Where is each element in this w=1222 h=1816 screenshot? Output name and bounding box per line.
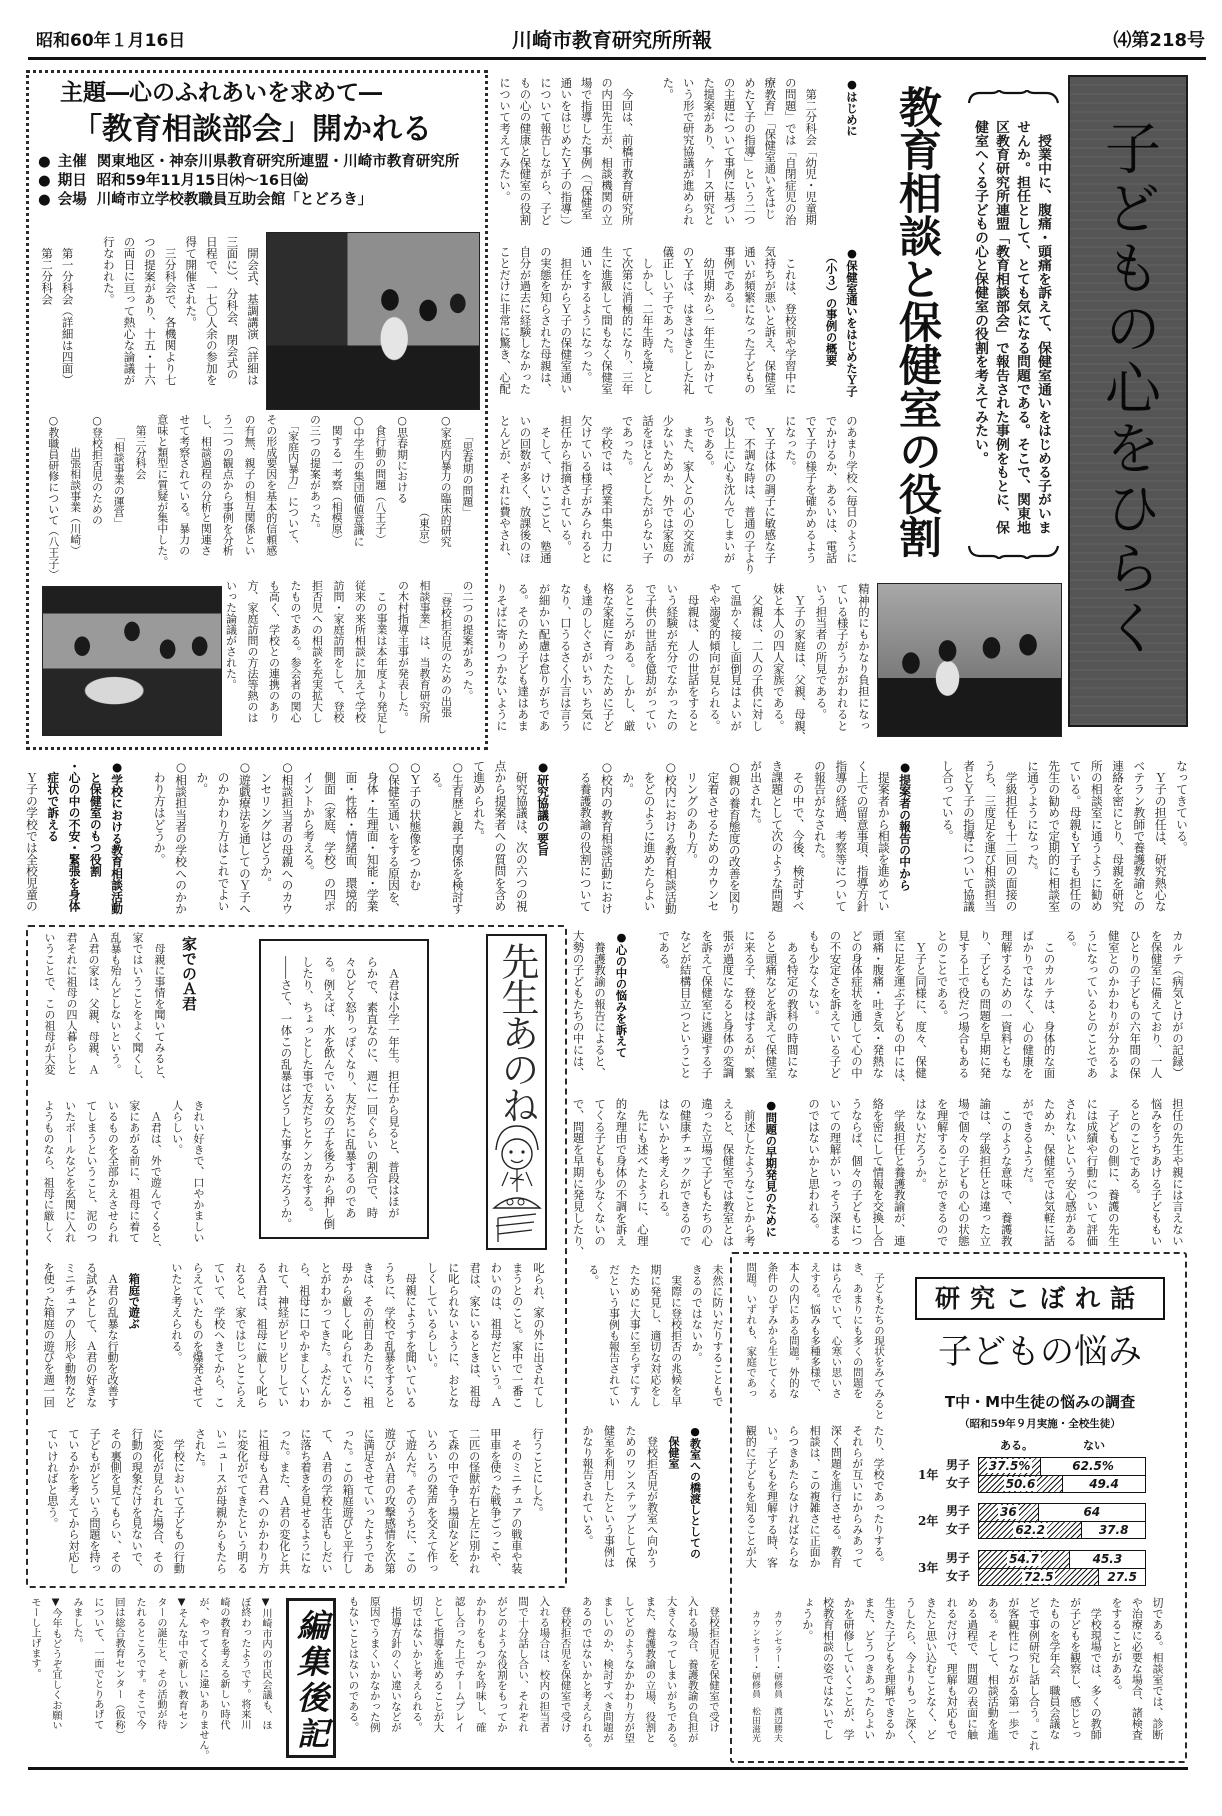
- text-column: について、一面でとりあげて: [87, 1597, 108, 1765]
- text-column: 崎の教育を考える新しい時代: [213, 1597, 234, 1765]
- editors-note: 編集後記 ▼川崎市内の市民会議も、ほぼ終わったようです。将来川崎の教育を考える新…: [0, 0, 1222, 1816]
- text-column: ▼川崎市内の市民会議も、ほ: [255, 1597, 276, 1765]
- text-column: ぼ終わったようです。将来川: [234, 1597, 255, 1765]
- editors-note-text: ▼川崎市内の市民会議も、ほぼ終わったようです。将来川崎の教育を考える新しい時代が…: [24, 1597, 276, 1765]
- newspaper-page: 昭和60年１月16日 川崎市教育研究所所報 ⑷第218号 主題―心のふれあいを求…: [0, 0, 1222, 1816]
- text-column: ▼そんな中で新しい教育セン: [171, 1597, 192, 1765]
- text-column: 回は総合教育センター（仮称）: [108, 1597, 129, 1765]
- text-column: みました。: [66, 1597, 87, 1765]
- text-column: たれるところです。そこで今: [129, 1597, 150, 1765]
- text-column: ▼今年もどうぞ宜しくお願い: [45, 1597, 66, 1765]
- bottom-rule: [28, 1767, 1188, 1770]
- editors-note-title: 編集後記: [289, 1609, 333, 1755]
- editors-note-title-box: 編集後記: [286, 1598, 336, 1758]
- text-column: が、やってくるに違いありません。: [192, 1597, 213, 1765]
- text-column: ターの誕生と、その活動が待: [150, 1597, 171, 1765]
- text-column: モーし上げます。: [24, 1597, 45, 1765]
